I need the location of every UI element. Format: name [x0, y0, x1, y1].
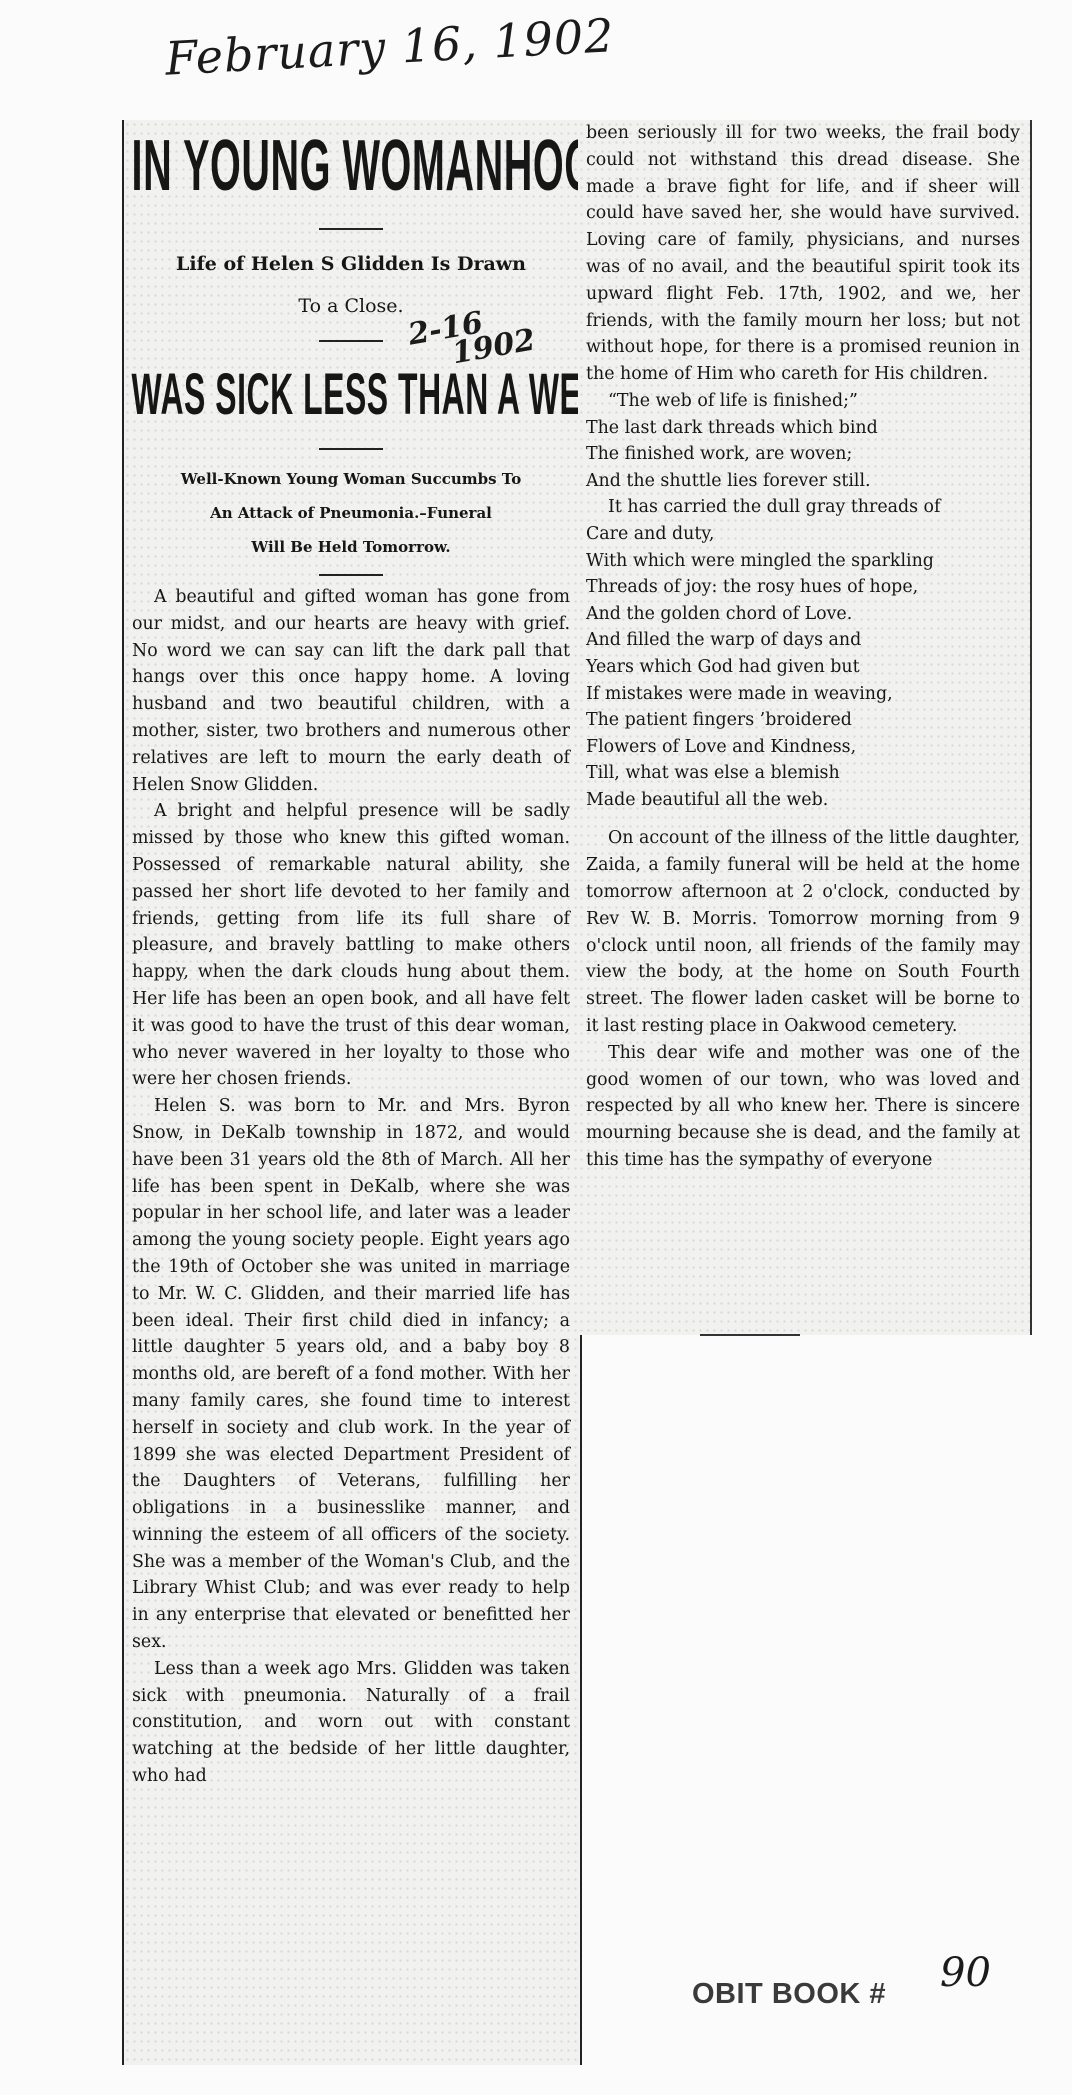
- article-right-column: been seriously ill for two weeks, the fr…: [578, 120, 1032, 1335]
- divider: [319, 574, 383, 576]
- divider: [319, 340, 383, 342]
- deck-line: Well-Known Young Woman Succumbs To: [132, 462, 570, 496]
- poem-line: If mistakes were made in weaving,: [586, 681, 1020, 708]
- poem-line: With which were mingled the sparkling: [586, 548, 1020, 575]
- paragraph: A bright and helpful presence will be sa…: [132, 798, 570, 1093]
- paragraph: A beautiful and gifted woman has gone fr…: [132, 584, 570, 798]
- paragraph: been seriously ill for two weeks, the fr…: [586, 120, 1020, 388]
- paragraph: Helen S. was born to Mr. and Mrs. Byron …: [132, 1093, 570, 1656]
- poem-line: Threads of joy: the rosy hues of hope,: [586, 574, 1020, 601]
- poem: “The web of life is finished;” The last …: [586, 388, 1020, 814]
- poem-line: And the shuttle lies forever still.: [586, 468, 1020, 495]
- paragraph: On account of the illness of the little …: [586, 825, 1020, 1039]
- secondary-headline: WAS SICK LESS THAN A WEEK.: [132, 360, 571, 430]
- deck-line: An Attack of Pneumonia.–Funeral: [132, 496, 570, 530]
- poem-line: “The web of life is finished;”: [586, 388, 1020, 415]
- obit-book-stamp: OBIT BOOK #: [692, 1978, 886, 2011]
- paragraph: Less than a week ago Mrs. Glidden was ta…: [132, 1656, 570, 1790]
- poem-line: And filled the warp of days and: [586, 627, 1020, 654]
- handwritten-date: February 16, 1902: [164, 8, 616, 85]
- poem-line: The finished work, are woven;: [586, 441, 1020, 468]
- poem-line: Made beautiful all the web.: [586, 787, 1020, 814]
- article-body-right: On account of the illness of the little …: [586, 825, 1020, 1173]
- article-body-left: A beautiful and gifted woman has gone fr…: [132, 584, 570, 1790]
- poem-line: The patient fingers ’broidered: [586, 707, 1020, 734]
- poem-line: Years which God had given but: [586, 654, 1020, 681]
- deck: Well-Known Young Woman Succumbs To An At…: [132, 462, 570, 564]
- paragraph: This dear wife and mother was one of the…: [586, 1040, 1020, 1174]
- poem-line: It has carried the dull gray threads of: [586, 494, 1020, 521]
- poem-line: The last dark threads which bind: [586, 415, 1020, 442]
- poem-line: And the golden chord of Love.: [586, 601, 1020, 628]
- article-left-column: IN YOUNG WOMANHOOD Life of Helen S Glidd…: [122, 120, 582, 2065]
- poem-line: Till, what was else a blemish: [586, 760, 1020, 787]
- subhead-line-1: Life of Helen S Glidden Is Drawn: [132, 244, 570, 284]
- headline: IN YOUNG WOMANHOOD: [132, 120, 571, 212]
- deck-line: Will Be Held Tomorrow.: [132, 530, 570, 564]
- end-rule: [700, 1334, 800, 1336]
- obit-book-number: 90: [940, 1950, 991, 1996]
- divider: [319, 228, 383, 230]
- poem-line: Flowers of Love and Kindness,: [586, 734, 1020, 761]
- divider: [319, 448, 383, 450]
- article-body-right-lead: been seriously ill for two weeks, the fr…: [586, 120, 1020, 388]
- poem-line: Care and duty,: [586, 521, 1020, 548]
